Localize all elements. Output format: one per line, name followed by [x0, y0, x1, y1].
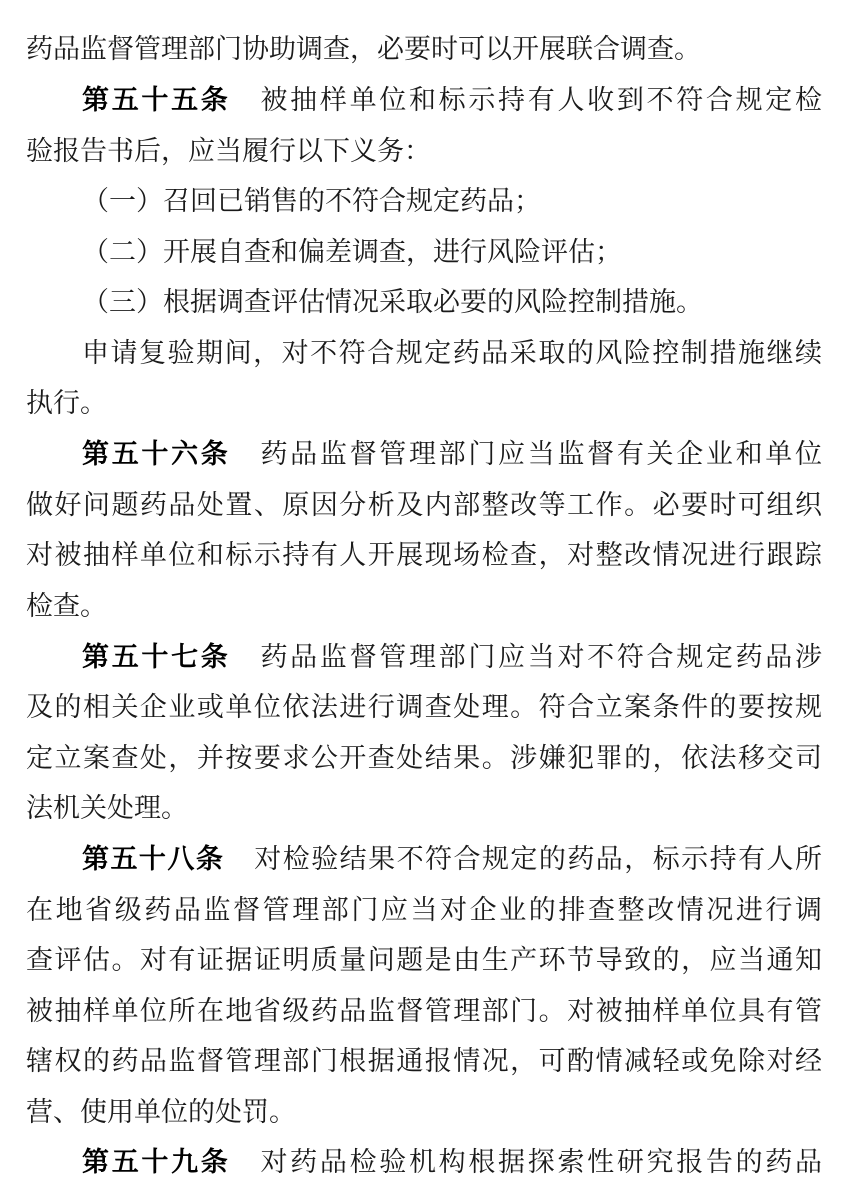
article-text: 药品监督管理部门应当监督有关企业和单位	[260, 439, 822, 470]
article-text: 药品监督管理部门应当对不符合规定药品涉	[260, 642, 822, 673]
article-heading: 第五十八条	[82, 844, 224, 875]
list-item: （一）召回已销售的不符合规定药品；	[82, 182, 541, 222]
article-text: 被抽样单位和标示持有人收到不符合规定检	[260, 85, 822, 116]
text-line: 验报告书后，应当履行以下义务：	[26, 132, 431, 172]
list-item: （三）根据调查评估情况采取必要的风险控制措施。	[82, 283, 703, 323]
text-line: 申请复验期间，对不符合规定药品采取的风险控制措施继续	[82, 334, 822, 374]
text-line: 营、使用单位的处罚。	[26, 1093, 296, 1133]
list-item: （二）开展自查和偏差调查，进行风险评估；	[82, 233, 622, 273]
text-line: 做好问题药品处置、原因分析及内部整改等工作。必要时可组织	[26, 486, 822, 526]
text-line: 在地省级药品监督管理部门应当对企业的排查整改情况进行调	[26, 891, 822, 931]
text-line: 被抽样单位所在地省级药品监督管理部门。对被抽样单位具有管	[26, 992, 822, 1032]
text-line: 对被抽样单位和标示持有人开展现场检查，对整改情况进行跟踪	[26, 536, 822, 576]
text-line: 法机关处理。	[26, 789, 188, 829]
text-line: 定立案查处，并按要求公开查处结果。涉嫌犯罪的，依法移交司	[26, 739, 822, 779]
article-58-first-line: 第五十八条对检验结果不符合规定的药品，标示持有人所	[82, 840, 822, 880]
text-line: 及的相关企业或单位依法进行调查处理。符合立案条件的要按规	[26, 688, 822, 728]
article-text: 对药品检验机构根据探索性研究报告的药品	[260, 1147, 822, 1178]
article-heading: 第五十五条	[82, 85, 230, 116]
article-57-first-line: 第五十七条药品监督管理部门应当对不符合规定药品涉	[82, 638, 822, 678]
article-59-first-line: 第五十九条对药品检验机构根据探索性研究报告的药品	[82, 1143, 822, 1183]
article-56-first-line: 第五十六条药品监督管理部门应当监督有关企业和单位	[82, 435, 822, 475]
article-text: 对检验结果不符合规定的药品，标示持有人所	[254, 844, 822, 875]
text-line: 执行。	[26, 384, 107, 424]
text-line: 辖权的药品监督管理部门根据通报情况，可酌情减轻或免除对经	[26, 1042, 822, 1082]
article-55-first-line: 第五十五条被抽样单位和标示持有人收到不符合规定检	[82, 81, 822, 121]
article-heading: 第五十九条	[82, 1147, 230, 1178]
text-line: 检查。	[26, 587, 107, 627]
article-heading: 第五十六条	[82, 439, 230, 470]
text-line: 药品监督管理部门协助调查，必要时可以开展联合调查。	[26, 30, 701, 70]
article-heading: 第五十七条	[82, 642, 230, 673]
text-line: 查评估。对有证据证明质量问题是由生产环节导致的，应当通知	[26, 941, 822, 981]
